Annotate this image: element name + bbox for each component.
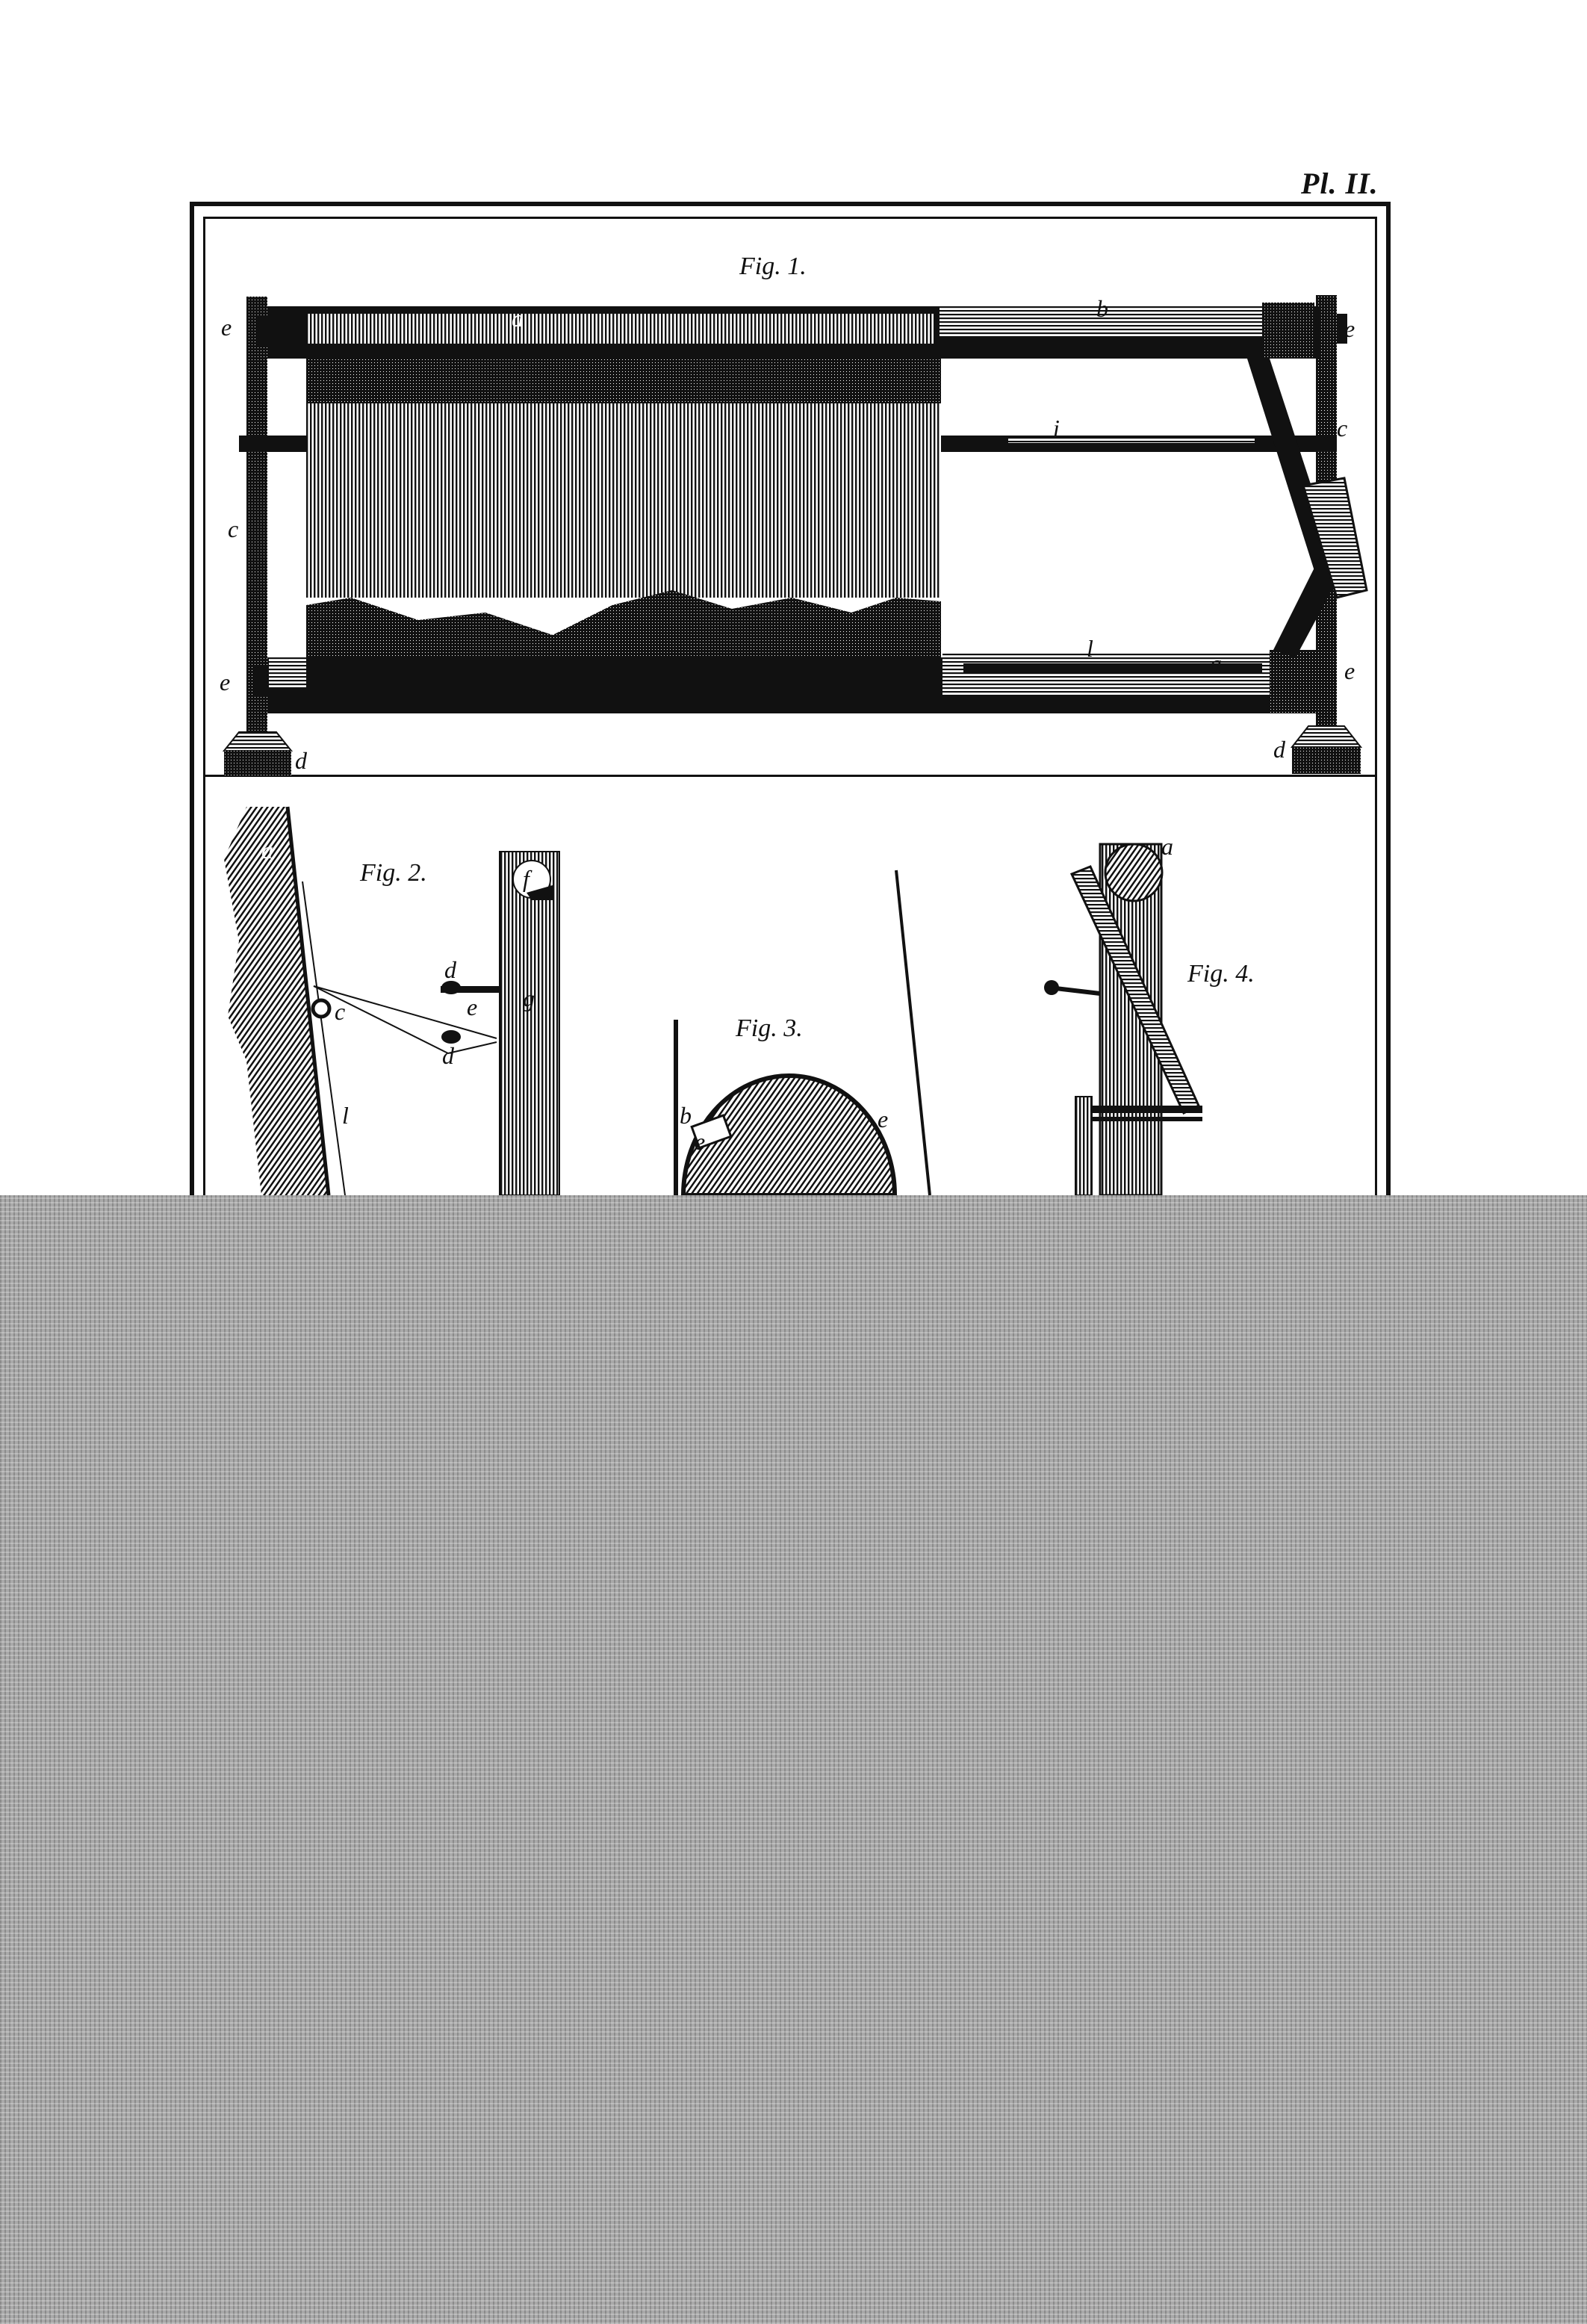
fig3-title: Fig. 3. <box>736 1014 803 1043</box>
fig2-letter-e: e <box>467 994 477 1021</box>
fig2-title: Fig. 2. <box>360 859 427 887</box>
fig1-letter-d-left: d <box>295 747 307 775</box>
fig4-letter-a: a <box>1161 833 1173 861</box>
fig1-title: Fig. 1. <box>739 252 807 281</box>
fig2-letter-d-top: d <box>444 956 456 984</box>
fig1-letter-d-right: d <box>1273 736 1285 763</box>
fig1-letter-i: i <box>1053 415 1060 442</box>
fig2-letter-a: a <box>261 837 273 864</box>
fig1-letter-e-top-left: e <box>221 314 232 341</box>
fig3-letter-e-left: e <box>695 1128 705 1156</box>
fig3-letter-e-right: e <box>878 1106 888 1133</box>
fig1-letter-e-bottom-right: e <box>1344 657 1355 685</box>
fig2-letter-c: c <box>335 998 345 1026</box>
fig1-letter-c-right: c <box>1337 415 1347 442</box>
fig3-letter-b: b <box>680 1102 692 1130</box>
fig4-title: Fig. 4. <box>1187 960 1255 988</box>
fig1-letter-e-bottom-left: e <box>220 669 230 696</box>
fig1-letter-l: l <box>1087 635 1093 663</box>
fig2-letter-l: l <box>342 1102 349 1130</box>
fig2-letter-f: f <box>523 865 529 893</box>
fig1-letter-e-top-right: e <box>1344 315 1355 343</box>
fig2-letter-d-bottom: d <box>442 1042 454 1070</box>
fig2-letter-g: g <box>523 985 535 1012</box>
fig1-letter-a-top: a <box>512 305 524 332</box>
fig1-letter-a-bottom: a <box>1210 650 1222 678</box>
fig1-letter-c-left: c <box>228 515 238 543</box>
fig1-letter-b: b <box>1096 295 1108 323</box>
redacted-region <box>0 1195 1587 2324</box>
